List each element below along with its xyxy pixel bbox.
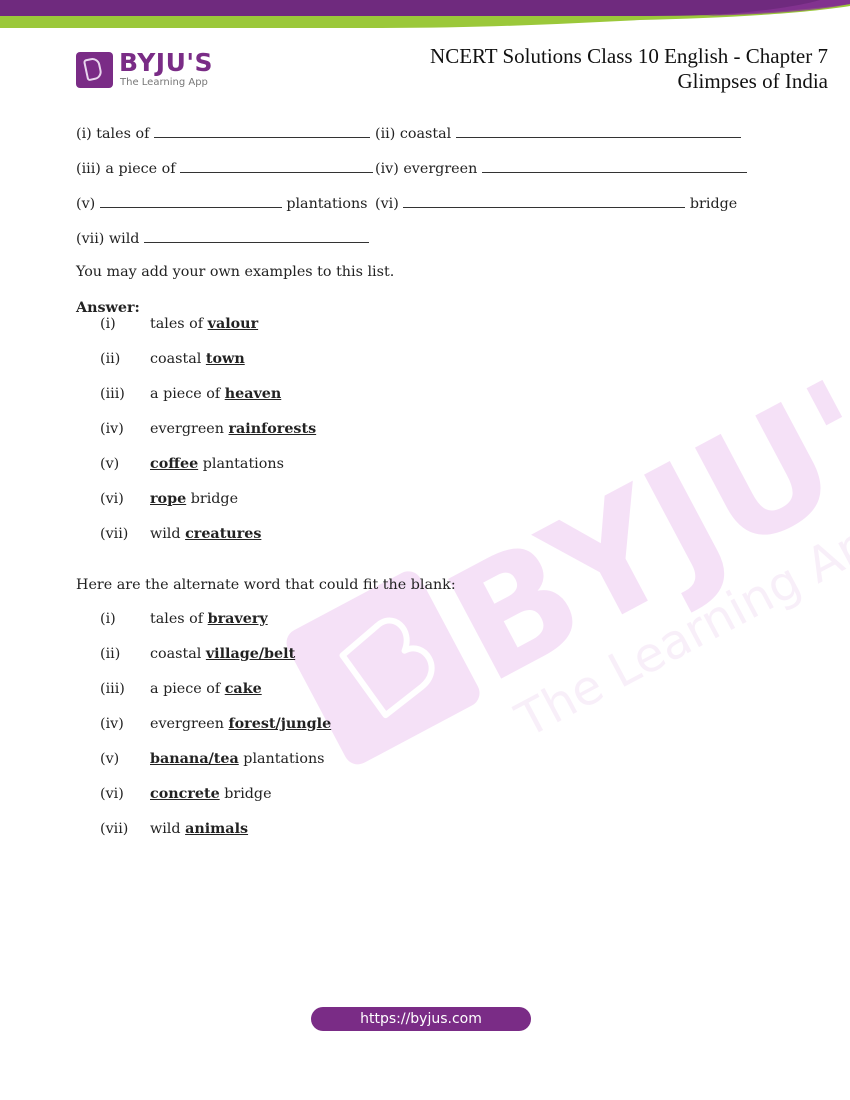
list-item-number: (vii) (100, 821, 128, 837)
list-item-number: (iii) (100, 386, 125, 402)
exercise-item: (iii) a piece of (76, 159, 373, 177)
list-item-text: a piece of heaven (150, 386, 281, 402)
answer-word: forest/jungle (229, 716, 332, 732)
logo-tagline: The Learning App (120, 77, 208, 89)
header-decorative-band (0, 0, 850, 30)
answer-word: heaven (225, 386, 282, 402)
answer-word: creatures (185, 526, 261, 542)
answer-word: coffee (150, 456, 198, 472)
list-item-number: (v) (100, 456, 119, 472)
exercise-item: (vi) bridge (375, 194, 737, 212)
exercise-item: (v) plantations (76, 194, 368, 212)
list-item-number: (ii) (100, 646, 120, 662)
list-item-text: rope bridge (150, 491, 238, 507)
list-item-number: (v) (100, 751, 119, 767)
answer-word: cake (225, 681, 262, 697)
list-item-number: (iv) (100, 716, 124, 732)
list-item-text: tales of valour (150, 316, 258, 332)
list-item-text: coastal village/belt (150, 646, 295, 662)
answer-word: rope (150, 491, 186, 507)
answer-word: bravery (208, 611, 268, 627)
exercise-item: (iv) evergreen (375, 159, 747, 177)
list-item-text: evergreen rainforests (150, 421, 316, 437)
list-item-number: (iv) (100, 421, 124, 437)
list-item-number: (iii) (100, 681, 125, 697)
list-item-text: a piece of cake (150, 681, 262, 697)
list-item-text: evergreen forest/jungle (150, 716, 331, 732)
list-item-text: coastal town (150, 351, 245, 367)
page-title-line-1: NCERT Solutions Class 10 English - Chapt… (430, 44, 828, 69)
answer-word: concrete (150, 786, 220, 802)
exercise-note: You may add your own examples to this li… (76, 264, 394, 280)
answer-heading: Answer: (76, 300, 140, 316)
answer-word: valour (208, 316, 258, 332)
list-item-number: (ii) (100, 351, 120, 367)
list-item-text: coffee plantations (150, 456, 284, 472)
alternates-heading: Here are the alternate word that could f… (76, 577, 456, 593)
answer-word: banana/tea (150, 751, 239, 767)
list-item-text: wild creatures (150, 526, 261, 542)
answer-word: town (206, 351, 245, 367)
page-title-line-2: Glimpses of India (430, 69, 828, 94)
svg-text:BYJU'S: BYJU'S (421, 293, 850, 718)
list-item-text: banana/tea plantations (150, 751, 325, 767)
list-item-text: wild animals (150, 821, 248, 837)
answer-word: village/belt (206, 646, 295, 662)
list-item-number: (vi) (100, 786, 124, 802)
answer-word: animals (185, 821, 248, 837)
answer-word: rainforests (229, 421, 317, 437)
byjus-b-logo-icon (76, 52, 113, 88)
list-item-text: tales of bravery (150, 611, 268, 627)
exercise-item: (i) tales of (76, 124, 370, 142)
list-item-number: (vii) (100, 526, 128, 542)
exercise-item: (ii) coastal (375, 124, 741, 142)
svg-text:The Learning App: The Learning App (506, 501, 850, 749)
page-title: NCERT Solutions Class 10 English - Chapt… (430, 44, 828, 94)
list-item-number: (i) (100, 316, 116, 332)
logo-wordmark: BYJU'S (119, 49, 213, 77)
list-item-text: concrete bridge (150, 786, 272, 802)
footer-url-link[interactable]: https://byjus.com (311, 1007, 531, 1031)
list-item-number: (vi) (100, 491, 124, 507)
list-item-number: (i) (100, 611, 116, 627)
byjus-logo: BYJU'S The Learning App (76, 51, 221, 93)
exercise-item: (vii) wild (76, 229, 369, 247)
